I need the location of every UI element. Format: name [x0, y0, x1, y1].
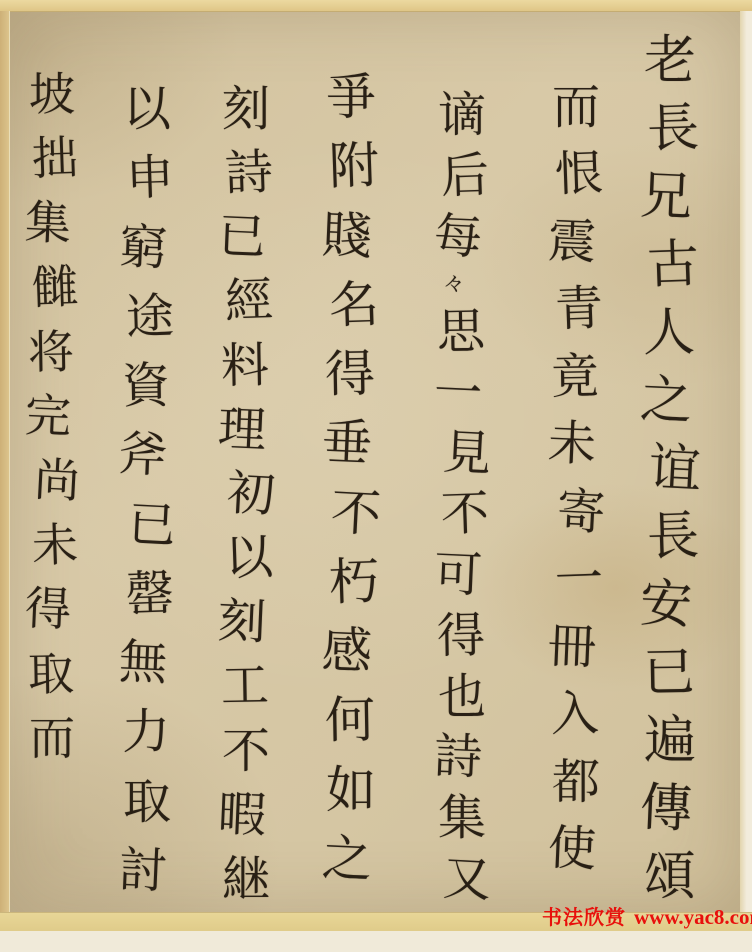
calligraphy-char: 何 [325, 695, 376, 746]
calligraphy-char: 無 [118, 639, 168, 689]
calligraphy-column-5: 刻詩已經料理初以刻工不暇継 [213, 86, 279, 904]
calligraphy-char: 爭 [326, 72, 376, 122]
calligraphy-char: 途 [125, 293, 175, 343]
calligraphy-char: 已 [127, 501, 177, 551]
calligraphy-char: 取 [28, 651, 75, 698]
calligraphy-char: 長 [646, 511, 700, 565]
calligraphy-char: 如 [326, 765, 376, 815]
calligraphy-char: 而 [29, 716, 75, 762]
calligraphy-char: 之 [639, 375, 693, 429]
calligraphy-char: 完 [24, 393, 72, 441]
calligraphy-char: 朽 [328, 556, 380, 608]
calligraphy-char: 不 [330, 487, 383, 540]
calligraphy-char: 竟 [551, 353, 600, 402]
calligraphy-char: 雠 [31, 264, 79, 312]
calligraphy-char: 古 [646, 239, 700, 293]
calligraphy-char: 谪 [438, 92, 486, 140]
photo-margin-right [740, 11, 752, 912]
calligraphy-char: 震 [547, 218, 597, 268]
calligraphy-char: 刻 [222, 86, 270, 134]
calligraphy-char: 集 [24, 200, 72, 248]
calligraphy-char: 将 [28, 329, 75, 376]
calligraphy-column-2: 而恨震青竟未寄一冊入都使 [543, 84, 609, 874]
calligraphy-char: 也 [438, 674, 486, 722]
calligraphy-char: 工 [221, 663, 270, 712]
calligraphy-char: 見 [442, 429, 492, 479]
calligraphy-column-4: 爭附賤名得垂不朽感何如之 [318, 72, 384, 884]
calligraphy-char: 料 [221, 342, 270, 391]
calligraphy-char: 附 [328, 140, 380, 192]
mounting-strip-left [0, 11, 10, 912]
calligraphy-char: 得 [325, 349, 376, 400]
photo-margin-bottom [0, 931, 752, 952]
calligraphy-char: 初 [226, 470, 276, 520]
calligraphy-char: 已 [643, 648, 696, 701]
calligraphy-char: 得 [24, 586, 72, 634]
calligraphy-char: 詩 [433, 733, 483, 783]
calligraphy-char: 以 [224, 534, 274, 584]
calligraphy-char: 窮 [118, 223, 168, 273]
calligraphy-char: 名 [328, 279, 380, 331]
calligraphy-char: 刻 [217, 598, 267, 648]
calligraphy-char: 取 [123, 779, 171, 827]
calligraphy-char: 未 [31, 522, 79, 570]
calligraphy-column-1-rightmost: 老長兄古人之谊長安已遍傳頌 [637, 36, 703, 904]
calligraphy-char: 谊 [648, 443, 703, 498]
calligraphy-char: 后 [440, 152, 490, 202]
calligraphy-char: 資 [122, 363, 171, 412]
calligraphy-char: 坡 [29, 72, 75, 118]
calligraphy-char: 人 [643, 308, 696, 361]
calligraphy-char: 垂 [321, 417, 373, 469]
calligraphy-char: 申 [125, 154, 175, 204]
calligraphy-char: 都 [552, 759, 600, 807]
calligraphy-char: 感 [321, 625, 373, 677]
calligraphy-char: 老 [644, 36, 696, 88]
calligraphy-char: 可 [433, 551, 483, 601]
calligraphy-char: 使 [547, 825, 597, 875]
calligraphy-char: 不 [440, 490, 490, 540]
calligraphy-char: 頌 [644, 852, 696, 904]
calligraphy-char: 一 [433, 368, 483, 418]
calligraphy-char: 安 [639, 579, 693, 633]
watermark-url: www.yac8.com [634, 905, 752, 929]
calligraphy-char: 不 [222, 728, 270, 776]
calligraphy-char: 尚 [33, 457, 81, 505]
calligraphy-char: 拙 [31, 135, 79, 183]
calligraphy-char: 入 [551, 691, 600, 740]
calligraphy-column-7-leftmost: 坡拙集雠将完尚未得取而 [19, 72, 85, 762]
mounting-strip-top [0, 0, 752, 12]
calligraphy-char: 斧 [118, 431, 168, 481]
calligraphy-column-6: 以申窮途資斧已罄無力取討 [114, 86, 180, 896]
calligraphy-char: 暇 [217, 791, 267, 841]
calligraphy-char: 每 [433, 212, 483, 262]
watermark-site-name: 书法欣赏 [542, 907, 626, 929]
calligraphy-char: 得 [437, 612, 486, 661]
calligraphy-char: 之 [321, 833, 373, 885]
calligraphy-char: 以 [123, 86, 171, 134]
watermark: 书法欣赏www.yac8.com [542, 901, 752, 930]
calligraphy-char: 一 [554, 555, 604, 605]
calligraphy-char: 未 [547, 420, 597, 470]
calligraphy-char: 集 [438, 795, 486, 843]
calligraphy-char: 力 [122, 709, 171, 758]
calligraphy-char: 討 [118, 847, 168, 897]
calligraphy-char: 經 [224, 278, 274, 328]
calligraphy-char: 長 [646, 103, 700, 157]
calligraphy-char: 々 [442, 273, 466, 297]
calligraphy-char: 理 [217, 406, 267, 456]
calligraphy-char: 継 [222, 856, 270, 904]
calligraphy-char: 已 [217, 213, 267, 263]
calligraphy-char: 而 [552, 84, 600, 132]
calligraphy-char: 青 [554, 285, 604, 335]
calligraphy-char: 恨 [554, 151, 604, 201]
calligraphy-char: 冊 [547, 622, 597, 672]
calligraphy-char: 又 [442, 855, 492, 905]
calligraphy-char: 兄 [639, 171, 693, 225]
calligraphy-column-3: 谪后每々思一見不可得也詩集又 [429, 92, 495, 904]
calligraphy-char: 賤 [321, 209, 373, 261]
calligraphy-char: 遍 [644, 716, 696, 768]
calligraphy-char: 詩 [224, 149, 274, 199]
calligraphy-char: 罄 [125, 570, 175, 620]
calligraphy-char: 寄 [556, 488, 606, 538]
calligraphy-char: 思 [437, 308, 486, 357]
calligraphy-char: 傳 [639, 783, 693, 837]
